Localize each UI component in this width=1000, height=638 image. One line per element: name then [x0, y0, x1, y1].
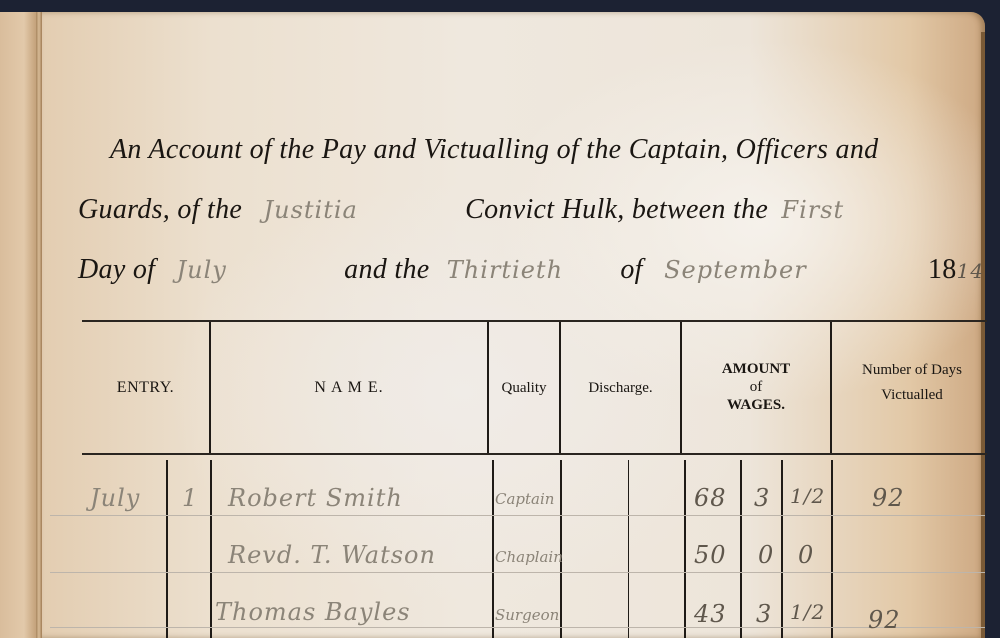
row-rule — [50, 515, 985, 516]
amount-label-3: WAGES. — [682, 396, 830, 414]
row2-name: Revd. T. Watson — [228, 541, 436, 569]
row3-quality: Surgeon — [495, 606, 559, 624]
days-label-2: Victualled — [832, 380, 992, 410]
row-rule — [50, 627, 985, 628]
row-divider-discharge-2 — [628, 460, 629, 638]
days-label-1: Number of Days — [832, 360, 992, 380]
table-top-rule — [82, 320, 987, 322]
row1-pence: 1/2 — [790, 484, 825, 508]
col-header-amount: AMOUNT of WAGES. — [682, 360, 830, 414]
amount-label-2: of — [682, 378, 830, 396]
col-header-entry: ENTRY. — [82, 378, 209, 398]
row1-days: 92 — [872, 484, 905, 512]
row-rule — [50, 572, 985, 573]
col-header-discharge: Discharge. — [561, 378, 680, 398]
and-the-label: and the — [344, 254, 429, 285]
ledger-page — [42, 12, 985, 638]
end-month: September — [664, 256, 807, 284]
year: 1814 — [928, 254, 984, 286]
col-header-quality: Quality — [489, 378, 559, 398]
year-written: 14 — [957, 259, 984, 283]
row2-pounds: 50 — [694, 541, 727, 569]
day-of-label: Day of — [78, 254, 155, 285]
row1-pounds: 68 — [694, 484, 727, 512]
row2-quality: Chaplain — [495, 548, 563, 566]
row-divider-pence — [781, 460, 783, 638]
row3-shillings: 3 — [756, 600, 772, 628]
row2-shillings: 0 — [758, 541, 774, 569]
year-printed: 18 — [928, 254, 957, 285]
row2-pence: 0 — [798, 541, 814, 569]
row3-days: 92 — [868, 606, 901, 634]
row-divider-shillings — [740, 460, 742, 638]
end-day: Thirtieth — [447, 256, 563, 284]
col-header-days: Number of Days Victualled — [832, 360, 992, 410]
row1-shillings: 3 — [754, 484, 770, 512]
row-divider-entry-day — [166, 460, 168, 638]
row1-name: Robert Smith — [228, 484, 403, 512]
row-divider-pounds — [684, 460, 686, 638]
heading-prefix: Guards, of the — [78, 194, 242, 225]
heading-line-3: Day of July and the Thirtieth of Septemb… — [78, 254, 988, 286]
start-day: First — [781, 196, 844, 224]
row3-pence: 1/2 — [790, 600, 825, 624]
heading-line-2: Guards, of the Justitia Convict Hulk, be… — [78, 194, 844, 226]
ship-name: Justitia — [263, 196, 357, 224]
row-divider-days — [831, 460, 833, 638]
heading-mid: Convict Hulk, between the — [465, 194, 768, 225]
heading-line-1: An Account of the Pay and Victualling of… — [110, 134, 878, 166]
col-header-name: N A M E. — [211, 378, 487, 398]
row-divider-name — [210, 460, 212, 638]
header-bottom-rule — [82, 453, 987, 455]
row1-entry-day: 1 — [182, 484, 198, 512]
row3-pounds: 43 — [694, 600, 727, 628]
start-month: July — [177, 256, 227, 284]
row1-entry-month: July — [90, 484, 140, 512]
amount-label-1: AMOUNT — [682, 360, 830, 378]
of-label: of — [620, 254, 642, 285]
row3-name: Thomas Bayles — [215, 598, 411, 626]
row-divider-quality — [492, 460, 494, 638]
row1-quality: Captain — [495, 490, 554, 508]
page-edge — [981, 32, 985, 638]
left-page-edge — [0, 12, 40, 638]
